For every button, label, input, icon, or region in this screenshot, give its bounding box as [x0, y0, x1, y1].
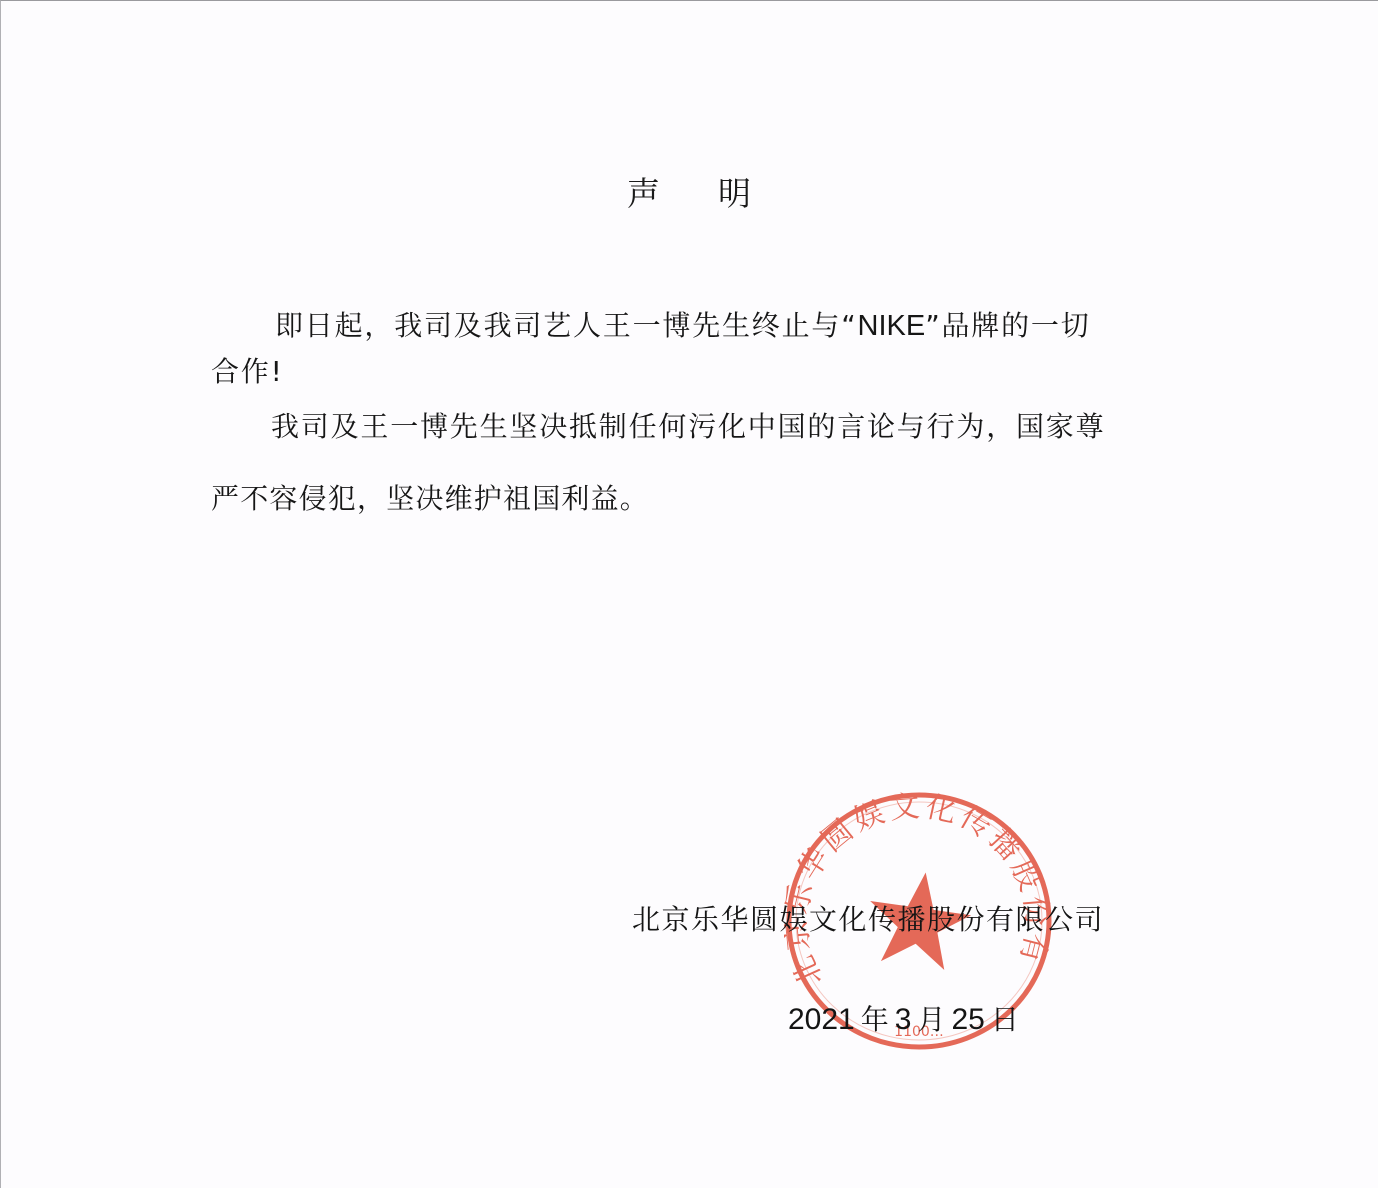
- signature-date: 2021年3月25日: [788, 998, 1025, 1038]
- company-name: 北京乐华圆娱文化传播股份有限公司: [632, 898, 1104, 938]
- paragraph-1-line-1: 即日起，我司及我司艺人王一博先生终止与“NIKE”品牌的一切: [275, 304, 1091, 344]
- paragraph-2-line-1: 我司及王一博先生坚决抵制任何污化中国的言论与行为，国家尊: [271, 405, 1105, 445]
- title-char-1: 声: [627, 168, 660, 215]
- document-title: 声明: [0, 168, 1378, 215]
- title-char-2: 明: [718, 168, 751, 215]
- paragraph-1-line-2: 合作!: [211, 350, 284, 390]
- brand-name: NIKE: [858, 310, 926, 342]
- paragraph-2-line-2: 严不容侵犯，坚决维护祖国利益。: [211, 477, 649, 517]
